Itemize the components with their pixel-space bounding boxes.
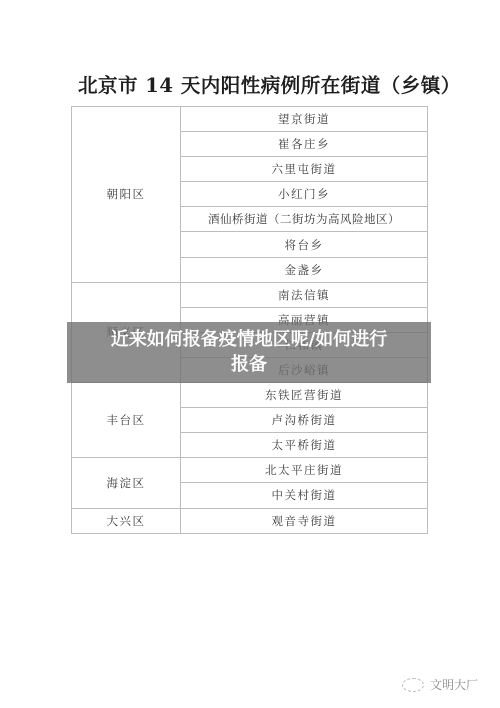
caption-line-2: 报备 bbox=[67, 352, 431, 377]
document-title: 北京市 14 天内阳性病例所在街道（乡镇） bbox=[78, 70, 461, 98]
street-cell: 北太平庄街道 bbox=[181, 458, 428, 483]
district-cell: 丰台区 bbox=[72, 383, 181, 458]
table-row: 大兴区观音寺街道 bbox=[72, 508, 428, 533]
district-cell: 大兴区 bbox=[72, 508, 181, 533]
caption-line-1: 近来如何报备疫情地区呢/如何进行 bbox=[67, 327, 431, 352]
street-cell: 卢沟桥街道 bbox=[181, 408, 428, 433]
table-row: 朝阳区望京街道 bbox=[72, 107, 428, 132]
watermark-text: 文明大厂 bbox=[430, 676, 478, 693]
table-row: 顺义区南法信镇 bbox=[72, 282, 428, 307]
table-row: 丰台区东铁匠营街道 bbox=[72, 383, 428, 408]
street-cell: 太平桥街道 bbox=[181, 433, 428, 458]
district-cell: 海淀区 bbox=[72, 458, 181, 508]
table-row: 海淀区北太平庄街道 bbox=[72, 458, 428, 483]
caption-overlay: 近来如何报备疫情地区呢/如何进行 报备 bbox=[67, 322, 431, 383]
watermark: 文明大厂 bbox=[402, 676, 478, 693]
street-cell: 崔各庄乡 bbox=[181, 132, 428, 157]
street-cell: 东铁匠营街道 bbox=[181, 383, 428, 408]
wechat-icon bbox=[402, 678, 424, 692]
street-cell: 小红门乡 bbox=[181, 182, 428, 207]
street-table: 朝阳区望京街道 崔各庄乡 六里屯街道 小红门乡 酒仙桥街道（二街坊为高风险地区）… bbox=[71, 106, 428, 534]
district-cell: 朝阳区 bbox=[72, 107, 181, 283]
street-cell: 南法信镇 bbox=[181, 282, 428, 307]
street-cell: 将台乡 bbox=[181, 232, 428, 257]
street-cell: 望京街道 bbox=[181, 107, 428, 132]
street-cell: 观音寺街道 bbox=[181, 508, 428, 533]
street-cell: 中关村街道 bbox=[181, 483, 428, 508]
street-cell: 金盏乡 bbox=[181, 257, 428, 282]
street-cell: 六里屯街道 bbox=[181, 157, 428, 182]
street-cell: 酒仙桥街道（二街坊为高风险地区） bbox=[181, 207, 428, 232]
